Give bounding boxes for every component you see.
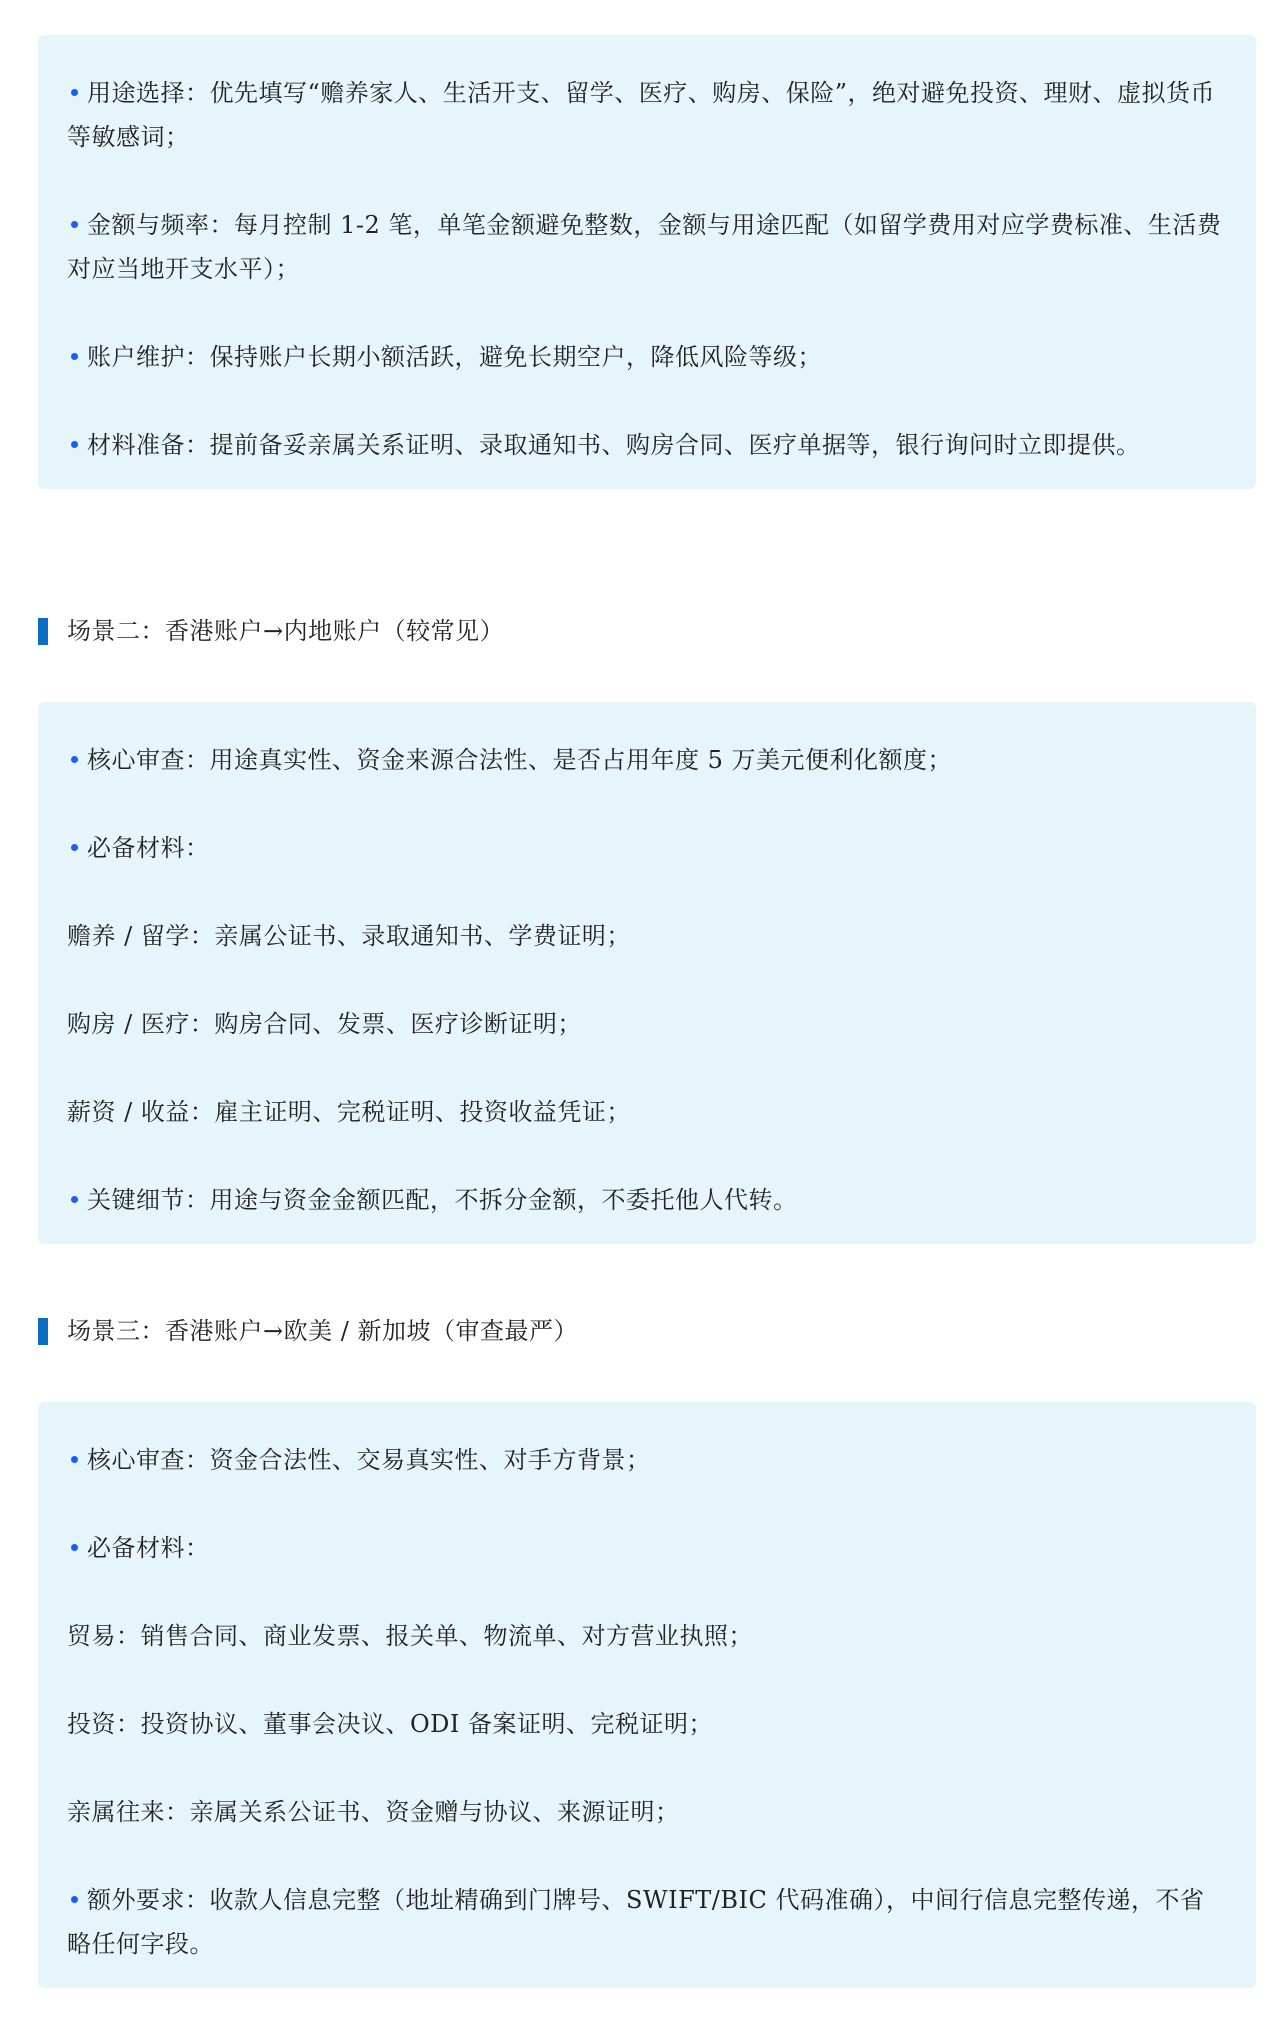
item-text: 核心审查：用途真实性、资金来源合法性、是否占用年度 5 万美元便利化额度； [87,746,952,774]
item-text: 账户维护：保持账户长期小额活跃，避免长期空户，降低风险等级； [87,343,822,371]
list-item: 额外要求：收款人信息完整（地址精确到门牌号、SWIFT/BIC 代码准确），中间… [67,1878,1225,1966]
item-text: 核心审查：资金合法性、交易真实性、对手方背景； [87,1446,651,1474]
item-text: 亲属往来：亲属关系公证书、资金赠与协议、来源证明； [67,1798,680,1826]
list-item: 核心审查：用途真实性、资金来源合法性、是否占用年度 5 万美元便利化额度； [67,738,1225,782]
list-item: 关键细节：用途与资金金额匹配，不拆分金额，不委托他人代转。 [67,1178,1225,1222]
section-marker-bar [38,1318,48,1345]
section-title: 场景二：香港账户→内地账户（较常见） [67,618,504,645]
item-text: 投资：投资协议、董事会决议、ODI 备案证明、完税证明； [67,1710,713,1738]
item-text: 材料准备：提前备妥亲属关系证明、录取通知书、购房合同、医疗单据等，银行询问时立即… [87,431,1141,459]
info-card-scenario-3: 核心审查：资金合法性、交易真实性、对手方背景； 必备材料： 贸易：销售合同、商业… [38,1402,1256,1988]
list-item: 用途选择：优先填写“赡养家人、生活开支、留学、医疗、购房、保险”，绝对避免投资、… [67,71,1225,159]
sub-item: 赡养 / 留学：亲属公证书、录取通知书、学费证明； [67,914,1225,958]
item-text: 赡养 / 留学：亲属公证书、录取通知书、学费证明； [67,922,631,950]
item-text: 额外要求：收款人信息完整（地址精确到门牌号、SWIFT/BIC 代码准确），中间… [67,1886,1204,1958]
bullet-dot-icon [71,221,78,228]
bullet-dot-icon [71,1544,78,1551]
item-text: 购房 / 医疗：购房合同、发票、医疗诊断证明； [67,1010,582,1038]
sub-item: 购房 / 医疗：购房合同、发票、医疗诊断证明； [67,1002,1225,1046]
list-item: 材料准备：提前备妥亲属关系证明、录取通知书、购房合同、医疗单据等，银行询问时立即… [67,423,1225,467]
bullet-dot-icon [71,441,78,448]
info-card-scenario-2: 核心审查：用途真实性、资金来源合法性、是否占用年度 5 万美元便利化额度； 必备… [38,702,1256,1244]
sub-item: 贸易：销售合同、商业发票、报关单、物流单、对方营业执照； [67,1614,1225,1658]
item-text: 关键细节：用途与资金金额匹配，不拆分金额，不委托他人代转。 [87,1186,798,1214]
section-marker-bar [38,618,48,645]
sub-item: 亲属往来：亲属关系公证书、资金赠与协议、来源证明； [67,1790,1225,1834]
bullet-dot-icon [71,756,78,763]
list-item: 账户维护：保持账户长期小额活跃，避免长期空户，降低风险等级； [67,335,1225,379]
bullet-dot-icon [71,353,78,360]
bullet-dot-icon [71,1456,78,1463]
sub-item: 投资：投资协议、董事会决议、ODI 备案证明、完税证明； [67,1702,1225,1746]
list-item: 核心审查：资金合法性、交易真实性、对手方背景； [67,1438,1225,1482]
item-text: 金额与频率：每月控制 1-2 笔，单笔金额避免整数，金额与用途匹配（如留学费用对… [67,211,1221,283]
item-text: 薪资 / 收益：雇主证明、完税证明、投资收益凭证； [67,1098,631,1126]
item-text: 必备材料： [87,1534,210,1562]
list-item: 必备材料： [67,826,1225,870]
bullet-dot-icon [71,844,78,851]
section-header-scenario-3: 场景三：香港账户→欧美 / 新加坡（审查最严） [38,1318,578,1345]
section-header-scenario-2: 场景二：香港账户→内地账户（较常见） [38,618,504,645]
item-text: 必备材料： [87,834,210,862]
item-text: 贸易：销售合同、商业发票、报关单、物流单、对方营业执照； [67,1622,753,1650]
bullet-dot-icon [71,1896,78,1903]
bullet-dot-icon [71,1196,78,1203]
list-item: 必备材料： [67,1526,1225,1570]
list-item: 金额与频率：每月控制 1-2 笔，单笔金额避免整数，金额与用途匹配（如留学费用对… [67,203,1225,291]
tips-card-scenario-1: 用途选择：优先填写“赡养家人、生活开支、留学、医疗、购房、保险”，绝对避免投资、… [38,35,1256,489]
bullet-dot-icon [71,89,78,96]
section-title: 场景三：香港账户→欧美 / 新加坡（审查最严） [67,1318,578,1345]
item-text: 用途选择：优先填写“赡养家人、生活开支、留学、医疗、购房、保险”，绝对避免投资、… [67,79,1215,151]
sub-item: 薪资 / 收益：雇主证明、完税证明、投资收益凭证； [67,1090,1225,1134]
